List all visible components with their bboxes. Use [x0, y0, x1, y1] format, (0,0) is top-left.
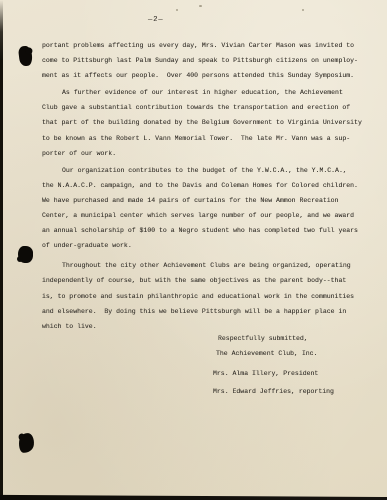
- text-line: and elsewhere. By doing this we believe …: [42, 304, 362, 319]
- paragraph-3: Our organization contributes to the budg…: [42, 163, 362, 254]
- signature-president: Mrs. Alma Illery, President: [213, 366, 334, 381]
- text-line: to be known as the Robert L. Vann Memori…: [42, 131, 362, 146]
- text-line: portant problems affecting us every day,…: [42, 38, 362, 53]
- closing-salutation: Respectfully submitted,: [213, 331, 334, 346]
- paper-speck: [199, 5, 202, 7]
- scan-edge-left: [0, 0, 3, 500]
- scanned-document-page: —2— portant problems affecting us every …: [0, 0, 387, 500]
- signature-reporter: Mrs. Edward Jeffries, reporting: [213, 384, 334, 399]
- ink-blot-bottom: [18, 432, 35, 453]
- text-line: Club gave a substantial contribution tow…: [42, 100, 362, 115]
- ink-blot-top: [18, 45, 33, 66]
- text-line: Our organization contributes to the budg…: [42, 163, 362, 178]
- paragraph-4: Throughout the city other Achievement Cl…: [42, 258, 362, 333]
- text-line: porter of our work.: [42, 146, 362, 161]
- document-body: portant problems affecting us every day,…: [42, 38, 362, 334]
- text-line: As further evidence of our interest in h…: [42, 85, 362, 100]
- paragraph-1: portant problems affecting us every day,…: [42, 38, 362, 83]
- text-line: independently of course, but with the sa…: [42, 273, 362, 288]
- text-line: ment as it affects our people. Over 400 …: [42, 68, 362, 83]
- text-line: that part of the building donated by the…: [42, 115, 362, 130]
- paper-speck: [302, 9, 304, 11]
- text-line: Center, a municipal center which serves …: [42, 208, 362, 223]
- text-line: an annual scholarship of $100 to a Negro…: [42, 223, 362, 238]
- page-number: —2—: [148, 15, 164, 25]
- text-line: Throughout the city other Achievement Cl…: [42, 258, 362, 273]
- text-line: is, to promote and sustain philanthropic…: [42, 289, 362, 304]
- scan-edge-bottom: [0, 494, 387, 500]
- closing-organization: The Achievement Club, Inc.: [213, 346, 334, 361]
- ink-blot-middle: [18, 246, 33, 263]
- text-line: We have purchased and made 14 pairs of c…: [42, 193, 362, 208]
- paper-speck: [176, 9, 178, 11]
- text-line: of under-graduate work.: [42, 238, 362, 253]
- closing-block: Respectfully submitted, The Achievement …: [213, 331, 334, 399]
- text-line: the N.A.A.C.P. campaign, and to the Davi…: [42, 178, 362, 193]
- paragraph-2: As further evidence of our interest in h…: [42, 85, 362, 160]
- text-line: come to Pittsburgh last Palm Sunday and …: [42, 53, 362, 68]
